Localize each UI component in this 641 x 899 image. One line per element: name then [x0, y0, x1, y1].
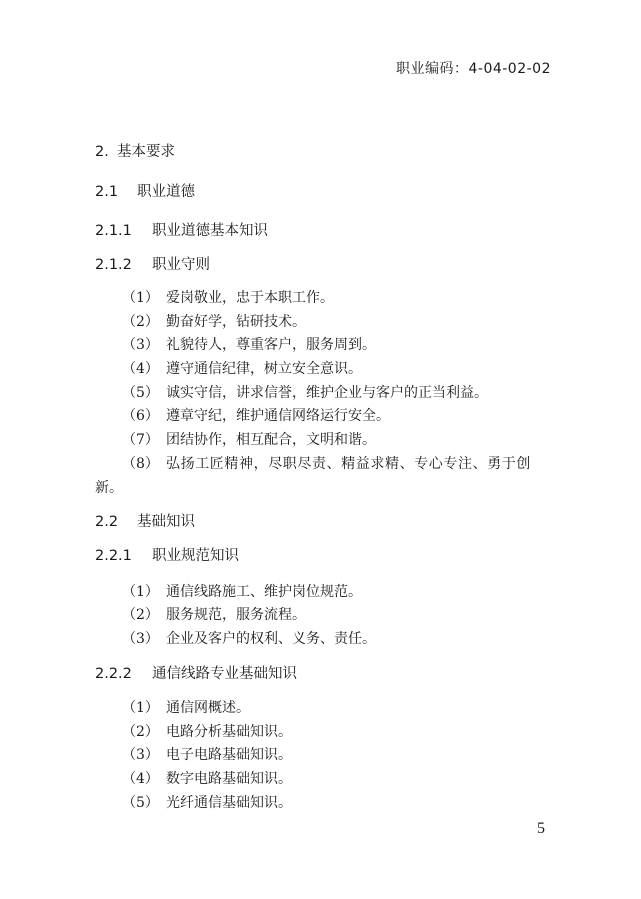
section-heading-2-1: 2.1职业道德	[95, 180, 195, 201]
section-heading-2-1-2: 2.1.2职业守则	[95, 253, 210, 274]
list-item: （2）服务规范，服务流程。	[122, 604, 306, 624]
list-item: （3）礼貌待人，尊重客户，服务周到。	[122, 334, 376, 354]
section-title: 职业规范知识	[152, 548, 239, 564]
section-number: 2.2.1	[95, 548, 152, 564]
list-item: （4）数字电路基础知识。	[122, 768, 292, 788]
section-title: 通信线路专业基础知识	[152, 666, 297, 682]
section-number: 2.1	[95, 184, 137, 200]
list-item: （2）勤奋好学，钻研技术。	[122, 311, 306, 331]
section-heading-2-2: 2.2基础知识	[95, 510, 195, 531]
list-item: （5）诚实守信，讲求信誉，维护企业与客户的正当利益。	[122, 382, 488, 402]
list-item: （3）企业及客户的权利、义务、责任。	[122, 628, 376, 648]
section-title: 职业守则	[152, 257, 210, 273]
section-heading-2-1-1: 2.1.1职业道德基本知识	[95, 219, 268, 240]
section-heading-2-2-2: 2.2.2通信线路专业基础知识	[95, 662, 297, 683]
list-item-continuation: 新。	[95, 477, 123, 497]
section-heading-2: 2.基本要求	[95, 140, 175, 161]
list-item: （4）遵守通信纪律，树立安全意识。	[122, 358, 362, 378]
section-heading-2-2-1: 2.2.1职业规范知识	[95, 544, 239, 565]
list-item: （5）光纤通信基础知识。	[122, 792, 292, 812]
list-item: （8）弘扬工匠精神，尽职尽责、精益求精、专心专注、勇于创	[122, 453, 531, 473]
occupation-code: 职业编码：4-04-02-02	[396, 58, 551, 78]
list-item: （7）团结协作，相互配合，文明和谐。	[122, 429, 376, 449]
section-number: 2.2.2	[95, 666, 152, 682]
section-title: 职业道德	[137, 184, 195, 200]
section-title: 职业道德基本知识	[152, 223, 268, 239]
section-number: 2.1.2	[95, 257, 152, 273]
section-number: 2.2	[95, 514, 137, 530]
list-item: （1）通信线路施工、维护岗位规范。	[122, 581, 362, 601]
page-number: 5	[537, 820, 545, 838]
list-item: （1）通信网概述。	[122, 697, 250, 717]
section-title: 基本要求	[117, 144, 175, 160]
list-item: （1）爱岗敬业，忠于本职工作。	[122, 287, 334, 307]
list-item: （3）电子电路基础知识。	[122, 744, 292, 764]
list-item: （6）遵章守纪，维护通信网络运行安全。	[122, 405, 390, 425]
section-number: 2.	[95, 144, 117, 160]
section-title: 基础知识	[137, 514, 195, 530]
section-number: 2.1.1	[95, 223, 152, 239]
document-page: 职业编码：4-04-02-02 2.基本要求 2.1职业道德 2.1.1职业道德…	[0, 0, 641, 899]
list-item: （2）电路分析基础知识。	[122, 721, 292, 741]
